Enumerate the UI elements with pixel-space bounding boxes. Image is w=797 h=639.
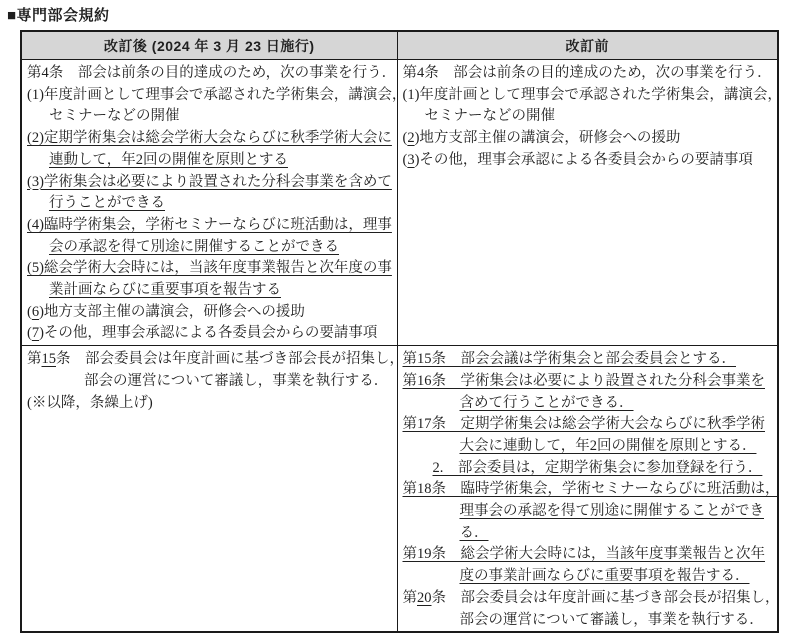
text-line: 第16条 学術集会は必要により設置された分科会事業を bbox=[403, 371, 773, 393]
text-segment: 第 bbox=[27, 351, 42, 367]
text-segment: 業計画ならびに重要事項を報告する bbox=[49, 282, 281, 298]
text-segment: 第 bbox=[403, 590, 418, 606]
text-line: (6)地方支部主催の講演会，研修会への援助 bbox=[27, 302, 392, 324]
text-line: (3)学術集会は必要により設置された分科会事業を含めて bbox=[27, 172, 392, 194]
text-segment: 連動して，年2回の開催を原則とする bbox=[49, 152, 288, 168]
text-segment: 6 bbox=[32, 304, 39, 320]
cell-before-articles15-20: 第15条 部会会議は学術集会と部会委員会とする．第16条 学術集会は必要により設… bbox=[397, 346, 778, 633]
cell-after-article4: 第4条 部会は前条の目的達成のため，次の事業を行う．(1)年度計画として理事会で… bbox=[21, 60, 397, 346]
text-line: 第20条 部会委員会は年度計画に基づき部会長が招集し， bbox=[403, 588, 773, 610]
text-segment: る． bbox=[460, 525, 489, 541]
table-row-article15: 第15条 部会委員会は年度計画に基づき部会長が招集し，部会の運営について審議し，… bbox=[21, 346, 778, 633]
text-line: 度の事業計画ならびに重要事項を報告する． bbox=[403, 566, 773, 588]
text-segment: (5)総会学術大会時には，当該年度事業報告と次年度の事 bbox=[27, 260, 392, 276]
text-line: 業計画ならびに重要事項を報告する bbox=[27, 280, 392, 302]
text-line: 第15条 部会委員会は年度計画に基づき部会長が招集し， bbox=[27, 349, 392, 371]
text-segment: 会の承認を得て別途に開催することができる bbox=[49, 239, 339, 255]
revision-comparison-table: 改訂後 (2024 年 3 月 23 日施行) 改訂前 第4条 部会は前条の目的… bbox=[20, 30, 779, 633]
table-row-article4: 第4条 部会は前条の目的達成のため，次の事業を行う．(1)年度計画として理事会で… bbox=[21, 60, 778, 346]
header-row: 改訂後 (2024 年 3 月 23 日施行) 改訂前 bbox=[21, 31, 778, 60]
text-segment: (1)年度計画として理事会で承認された学術集会，講演会， bbox=[27, 87, 397, 103]
text-line: 第19条 総会学術大会時には，当該年度事業報告と次年 bbox=[403, 544, 773, 566]
text-line: 第15条 部会会議は学術集会と部会委員会とする． bbox=[403, 349, 773, 371]
text-line: る． bbox=[403, 523, 773, 545]
text-segment: )地方支部主催の講演会，研修会への援助 bbox=[39, 304, 305, 320]
text-segment: )地方支部主催の講演会，研修会への援助 bbox=[415, 130, 681, 146]
text-line: 部会の運営について審議し，事業を執行する． bbox=[403, 610, 773, 632]
text-line: 部会の運営について審議し，事業を執行する． bbox=[27, 371, 392, 393]
text-line: (1)年度計画として理事会で承認された学術集会，講演会， bbox=[27, 85, 392, 107]
text-segment: 2. 部会委員は，定期学術集会に参加登録を行う． bbox=[433, 460, 763, 476]
text-segment: 度の事業計画ならびに重要事項を報告する． bbox=[460, 568, 750, 584]
cell-before-article4: 第4条 部会は前条の目的達成のため，次の事業を行う．(1)年度計画として理事会で… bbox=[397, 60, 778, 346]
text-segment: 第19条 総会学術大会時には，当該年度事業報告と次年 bbox=[403, 546, 766, 562]
text-segment: 20 bbox=[417, 590, 432, 606]
text-segment: 大会に連動して，年2回の開催を原則とする． bbox=[460, 438, 757, 454]
text-segment: (2)定期学術集会は総会学術大会ならびに秋季学術大会に bbox=[27, 130, 392, 146]
text-line: 行うことができる bbox=[27, 193, 392, 215]
text-segment: 第17条 定期学術集会は総会学術大会ならびに秋季学術 bbox=[403, 416, 766, 432]
document-title: ■専門部会規約 bbox=[7, 4, 110, 25]
text-line: 会の承認を得て別途に開催することができる bbox=[27, 237, 392, 259]
text-segment: 第4条 部会は前条の目的達成のため，次の事業を行う． bbox=[27, 65, 396, 81]
text-line: 第17条 定期学術集会は総会学術大会ならびに秋季学術 bbox=[403, 414, 773, 436]
cell-after-article15: 第15条 部会委員会は年度計画に基づき部会長が招集し，部会の運営について審議し，… bbox=[21, 346, 397, 633]
text-segment: 7 bbox=[32, 325, 39, 341]
text-segment: 条 部会委員会は年度計画に基づき部会長が招集し， bbox=[56, 351, 397, 367]
text-segment: 15 bbox=[42, 351, 57, 367]
text-segment: 第4条 部会は前条の目的達成のため，次の事業を行う． bbox=[403, 65, 772, 81]
text-line: 大会に連動して，年2回の開催を原則とする． bbox=[403, 436, 773, 458]
text-segment: 第15条 部会会議は学術集会と部会委員会とする． bbox=[403, 351, 737, 367]
text-line: (7)その他，理事会承認による各委員会からの要請事項 bbox=[27, 323, 392, 345]
text-segment: (4)臨時学術集会，学術セミナーならびに班活動は，理事 bbox=[27, 217, 392, 233]
text-segment: (1)年度計画として理事会で承認された学術集会，講演会， bbox=[403, 87, 779, 103]
text-line: (4)臨時学術集会，学術セミナーならびに班活動は，理事 bbox=[27, 215, 392, 237]
text-segment: 理事会の承認を得て別途に開催することができ bbox=[460, 503, 765, 519]
text-segment: (3)学術集会は必要により設置された分科会事業を含めて bbox=[27, 174, 392, 190]
text-line: 連動して，年2回の開催を原則とする bbox=[27, 150, 392, 172]
text-segment: 含めて行うことができる． bbox=[460, 395, 634, 411]
text-line: (※以降，条繰上げ) bbox=[27, 393, 392, 415]
text-line: 第4条 部会は前条の目的達成のため，次の事業を行う． bbox=[27, 63, 392, 85]
text-segment: 2 bbox=[407, 130, 414, 146]
text-segment: セミナーなどの開催 bbox=[425, 108, 556, 124]
text-line: セミナーなどの開催 bbox=[403, 106, 773, 128]
text-line: 含めて行うことができる． bbox=[403, 393, 773, 415]
text-line: (5)総会学術大会時には，当該年度事業報告と次年度の事 bbox=[27, 258, 392, 280]
text-segment: 第16条 学術集会は必要により設置された分科会事業を bbox=[403, 373, 766, 389]
text-segment: )その他，理事会承認による各委員会からの要請事項 bbox=[415, 152, 753, 168]
text-segment: 行うことができる bbox=[49, 195, 165, 211]
column-header-before-revision: 改訂前 bbox=[397, 31, 778, 60]
text-segment: 条 部会委員会は年度計画に基づき部会長が招集し， bbox=[432, 590, 779, 606]
text-segment: セミナーなどの開催 bbox=[49, 108, 180, 124]
text-line: (2)地方支部主催の講演会，研修会への援助 bbox=[403, 128, 773, 150]
text-line: (3)その他，理事会承認による各委員会からの要請事項 bbox=[403, 150, 773, 172]
text-line: 第4条 部会は前条の目的達成のため，次の事業を行う． bbox=[403, 63, 773, 85]
text-line: セミナーなどの開催 bbox=[27, 106, 392, 128]
text-segment: 部会の運営について審議し，事業を執行する． bbox=[460, 612, 764, 628]
text-segment: (※以降，条繰上げ) bbox=[27, 395, 153, 411]
text-segment: 第18条 臨時学術集会，学術セミナーならびに班活動は， bbox=[403, 481, 779, 497]
text-segment: 部会の運営について審議し，事業を執行する． bbox=[84, 373, 388, 389]
text-segment: 3 bbox=[407, 152, 414, 168]
text-line: 2. 部会委員は，定期学術集会に参加登録を行う． bbox=[403, 458, 773, 480]
text-line: (2)定期学術集会は総会学術大会ならびに秋季学術大会に bbox=[27, 128, 392, 150]
column-header-after-revision: 改訂後 (2024 年 3 月 23 日施行) bbox=[21, 31, 397, 60]
text-line: (1)年度計画として理事会で承認された学術集会，講演会， bbox=[403, 85, 773, 107]
text-line: 理事会の承認を得て別途に開催することができ bbox=[403, 501, 773, 523]
text-segment: )その他，理事会承認による各委員会からの要請事項 bbox=[39, 325, 377, 341]
text-line: 第18条 臨時学術集会，学術セミナーならびに班活動は， bbox=[403, 479, 773, 501]
